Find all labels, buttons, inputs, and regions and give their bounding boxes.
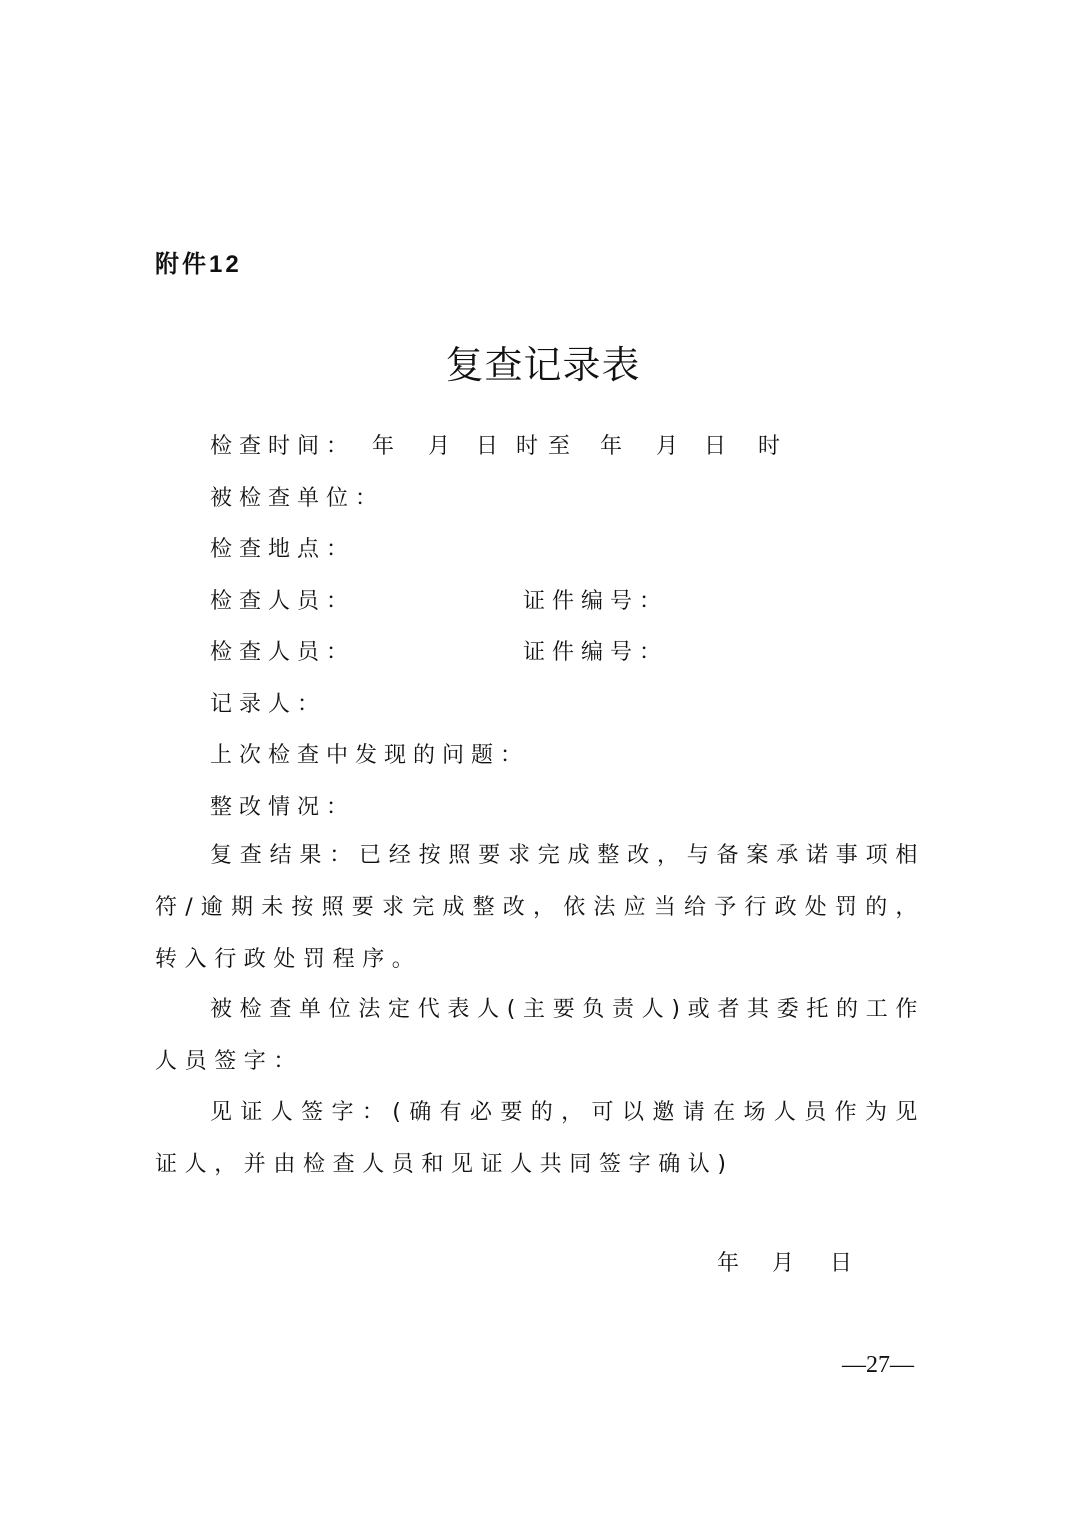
page-number: —27—: [842, 1352, 914, 1379]
inspector-2-field: 检查人员：: [210, 638, 355, 668]
inspector-1-field: 检查人员：: [210, 587, 355, 617]
start-day: 日: [476, 432, 505, 462]
witness-signature-paragraph: 见证人签字：(确有必要的，可以邀请在场人员作为见证人，并由检查人员和见证人共同签…: [155, 1087, 925, 1191]
date-year: 年: [717, 1246, 739, 1277]
document-title: 复查记录表: [0, 334, 1074, 389]
end-month: 月: [656, 432, 685, 462]
attachment-label: 附件12: [155, 244, 242, 279]
end-hour: 时: [758, 432, 787, 462]
start-year: 年: [372, 432, 401, 462]
previous-issues-field: 上次检查中发现的问题：: [210, 741, 529, 771]
representative-signature-paragraph: 被检查单位法定代表人(主要负责人)或者其委托的工作人员签字：: [155, 984, 925, 1088]
inspected-unit-field: 被检查单位：: [210, 484, 384, 514]
inspection-time-label: 检查时间：: [210, 432, 355, 462]
time-to: 至: [548, 432, 577, 462]
certificate-no-2-field: 证件编号：: [523, 638, 668, 668]
start-month: 月: [428, 432, 457, 462]
inspection-location-field: 检查地点：: [210, 535, 355, 565]
recorder-field: 记录人：: [210, 690, 326, 720]
end-year: 年: [600, 432, 629, 462]
date-day: 日: [830, 1246, 852, 1277]
rectification-status-field: 整改情况：: [210, 793, 355, 823]
date-month: 月: [772, 1246, 794, 1277]
start-hour: 时: [516, 432, 545, 462]
end-day: 日: [704, 432, 733, 462]
certificate-no-1-field: 证件编号：: [523, 587, 668, 617]
review-result-paragraph: 复查结果：已经按照要求完成整改，与备案承诺事项相符/逾期未按照要求完成整改，依法…: [155, 830, 925, 986]
